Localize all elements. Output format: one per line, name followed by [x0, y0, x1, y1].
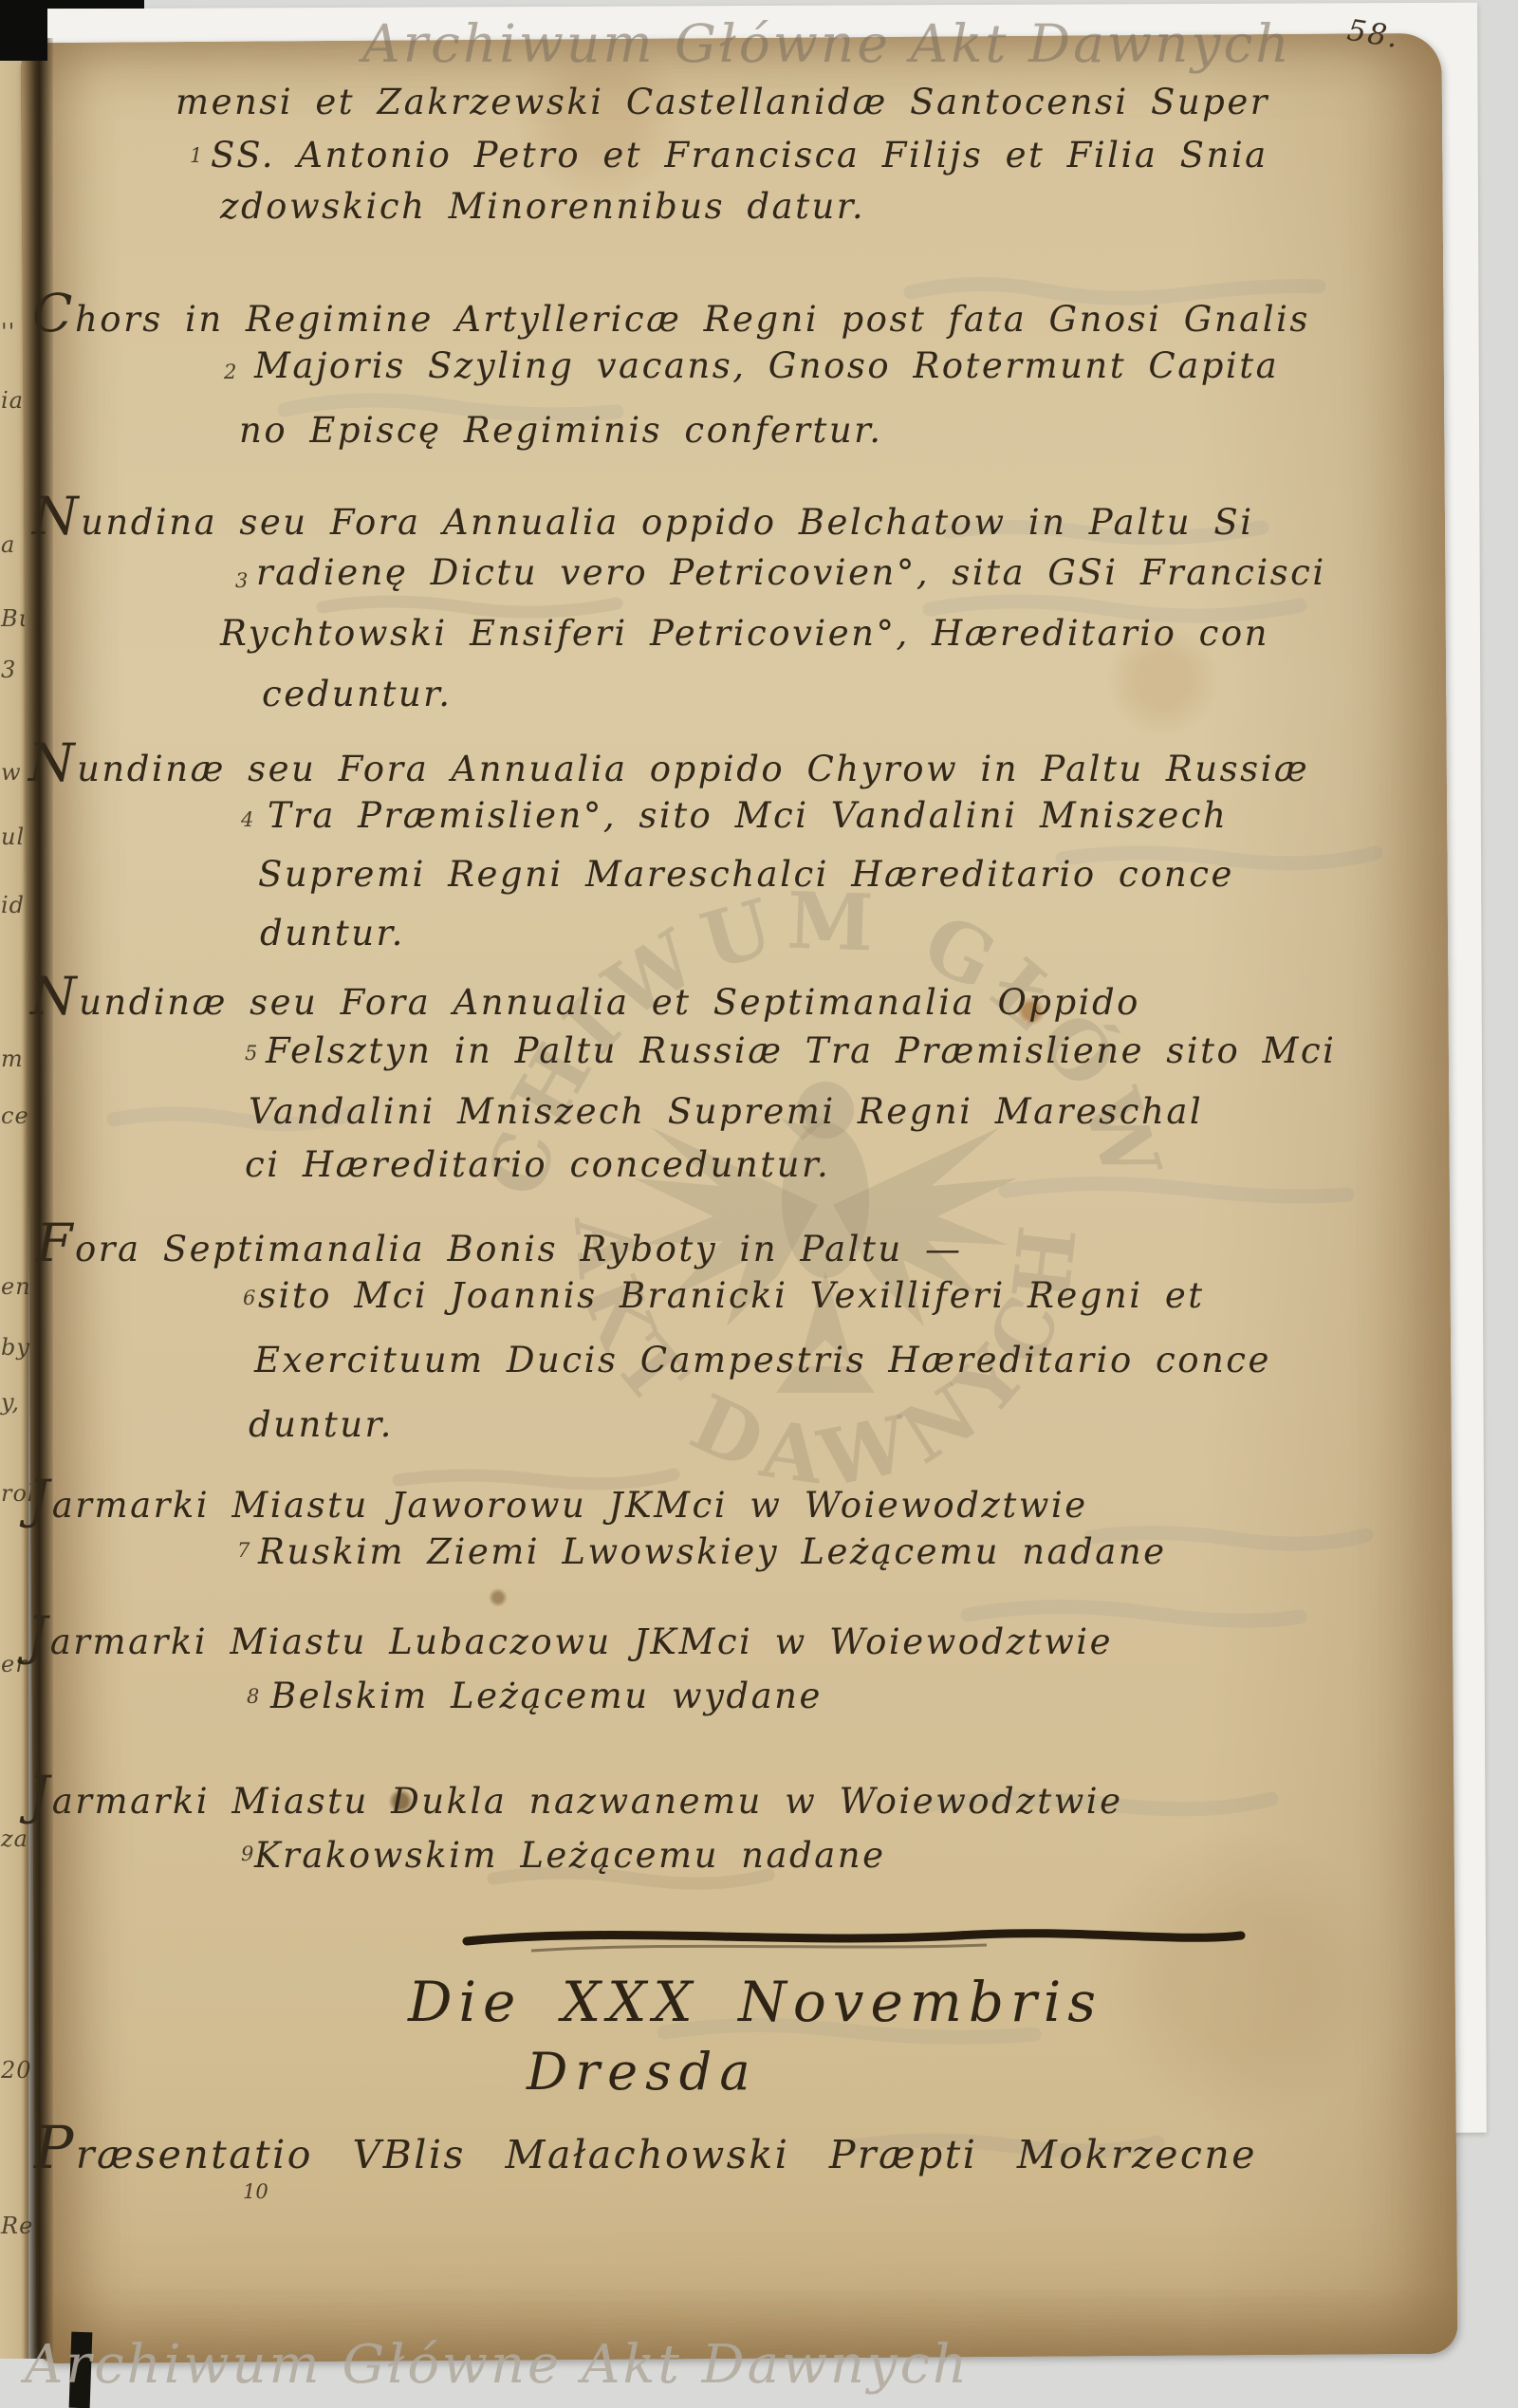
entry-number: 5: [245, 1042, 257, 1065]
entry-line: Chors in Regimine Artyllericæ Regni post…: [32, 283, 1310, 344]
entry-line: Rychtowski Ensiferi Petricovien°, Hæredi…: [220, 613, 1269, 654]
entry-line: ci Hæreditario conceduntur.: [245, 1144, 830, 1185]
section-heading-date: Die XXX Novembris: [408, 1970, 1102, 2034]
entry-line: duntur.: [260, 913, 405, 954]
entry-line: Krakowskim Leżącemu nadane: [254, 1835, 886, 1876]
entry-line: Jarmarki Miastu Lubaczowu JKMci w Woiewo…: [27, 1605, 1113, 1667]
entry-number: 6: [243, 1287, 255, 1309]
scanner-corner-mask: [0, 0, 47, 61]
section-heading-place: Dresda: [527, 2042, 758, 2102]
entry-line: Majoris Szyling vacans, Gnoso Rotermunt …: [254, 345, 1279, 386]
scanned-manuscript-viewer: '' ia a Bu 3 w ul id m ce en by y, rob e…: [0, 0, 1518, 2408]
entry-line: Vandalini Mniszech Supremi Regni Maresch…: [249, 1091, 1203, 1132]
entry-line: Præsentatio VBlis Małachowski Præpti Mok…: [34, 2114, 1257, 2182]
book-gutter-shadow: [23, 38, 53, 2359]
entry-number: 4: [241, 808, 253, 831]
entry-line: SS. Antonio Petro et Francisca Filijs et…: [211, 135, 1268, 176]
scanner-corner-mask: [0, 0, 144, 9]
archive-watermark-bottom: Archiwum Główne Akt Dawnych: [25, 2334, 970, 2396]
entry-line: Nundinæ seu Fora Annualia et Septimanali…: [30, 966, 1140, 1028]
entry-number: 2: [224, 361, 236, 383]
entry-line: sito Mci Joannis Branicki Vexilliferi Re…: [258, 1275, 1205, 1316]
entry-number: 10: [243, 2180, 268, 2203]
entry-line: Belskim Leżącemu wydane: [270, 1676, 823, 1716]
entry-line: duntur.: [249, 1404, 394, 1445]
entry-line: zdowskich Minorennibus datur.: [220, 186, 865, 227]
entry-line: Fora Septimanalia Bonis Ryboty in Paltu …: [36, 1213, 962, 1274]
entry-number: 9: [241, 1843, 253, 1865]
entry-number: 7: [237, 1539, 250, 1562]
entry-number: 3: [235, 569, 248, 592]
entry-line: ceduntur.: [262, 674, 453, 714]
entry-line: Felsztyn in Paltu Russiæ Tra Præmisliene…: [266, 1030, 1336, 1071]
entry-line: no Episcę Regiminis confertur.: [239, 410, 883, 451]
entry-line: Tra Præmislien°, sito Mci Vandalini Mnis…: [268, 795, 1228, 836]
entry-line: mensi et Zakrzewski Castellanidæ Santoce…: [176, 82, 1269, 122]
entry-line: Ruskim Ziemi Lwowskiey Leżącemu nadane: [258, 1531, 1167, 1572]
entry-line: Supremi Regni Mareschalci Hæreditario co…: [258, 854, 1234, 895]
entry-line: Nundinæ seu Fora Annualia oppido Chyrow …: [28, 732, 1309, 794]
entry-number: 8: [247, 1685, 259, 1708]
entry-line: Exercituum Ducis Campestris Hæreditario …: [254, 1340, 1271, 1380]
archive-watermark-top: Archiwum Główne Akt Dawnych: [362, 13, 1292, 74]
entry-line: Jarmarki Miastu Dukla nazwanemu w Woiewo…: [28, 1765, 1123, 1826]
entry-number: 1: [190, 144, 202, 167]
entry-line: Nundina seu Fora Annualia oppido Belchat…: [32, 486, 1254, 547]
entry-line: radienę Dictu vero Petricovien°, sita GS…: [256, 552, 1326, 593]
entry-line: Jarmarki Miastu Jaworowu JKMci w Woiewod…: [28, 1469, 1088, 1530]
